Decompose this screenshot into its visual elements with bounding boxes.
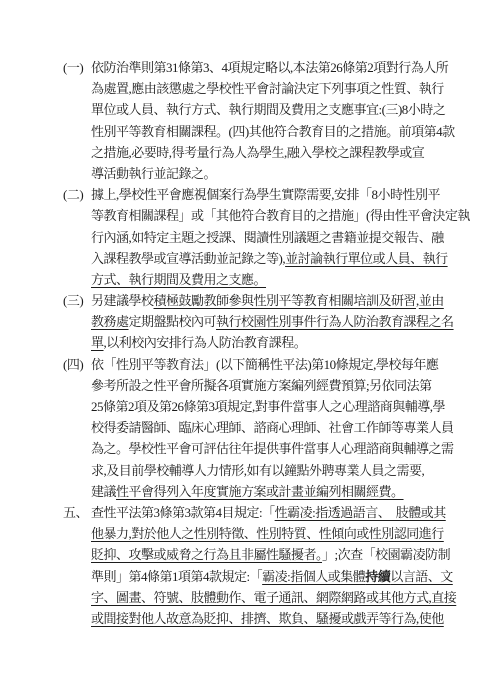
text-segment: 」;次查「校園霸凌防制 xyxy=(322,547,450,562)
text-segment: 並由 xyxy=(419,293,444,308)
text-segment: 教務處 xyxy=(91,314,129,329)
text-segment: 性平會得列入年度實施方案或計畫並編列相關經費。 xyxy=(116,484,404,499)
text-segment: 為處置,應由該懲處之學校性平會討論決定下列事項之性質、執行 xyxy=(91,81,444,96)
paragraph-line: 方式、執行期間及費用之支應。 xyxy=(91,269,453,290)
paragraph-marker: (三) xyxy=(63,290,83,311)
paragraph-line: 準則」第4條第1項第4款規定:「霸凌:指個人或集體持續以言語、文 xyxy=(91,566,453,587)
paragraph-line: 等教育相關課程」或「其他符合教育目的之措施」(得由性平會決定執 xyxy=(91,205,453,226)
paragraph: (四)依「性別平等教育法」(以下簡稱性平法)第10條規定,學校每年應參考所設之性… xyxy=(63,354,453,502)
paragraph-line: 單位或人員、執行方式、執行期間及費用之支應事宜:(三)8小時之 xyxy=(91,99,453,120)
paragraph-line: 求,及目前學校輔導人力情形,如有以鐘點外聘專業人員之需要, xyxy=(91,460,453,481)
paragraph-line: 為處置,應由該懲處之學校性平會討論決定下列事項之性質、執行 xyxy=(91,78,453,99)
paragraph-line: 25條第2項及第26條第3項規定,對事件當事人之心理諮商與輔導,學 xyxy=(91,396,453,417)
text-segment: 執行校園性別事件行為人防治教育課程之名 xyxy=(216,314,454,329)
paragraph-line: 另建議學校積極鼓勵教師參與性別平等教育相關培訓及研習,並由 xyxy=(91,290,453,311)
paragraph-line: 字、圖畫、符號、肢體動作、電子通訊、網際網路或其他方式,直接 xyxy=(91,587,453,608)
text-segment: 等教育相關課程」或「其他符合教育目的之措施」(得由性平會決定執 xyxy=(91,208,470,223)
paragraph-line: 性別平等教育相關課程。(四)其他符合教育目的之措施。前項第4款 xyxy=(91,121,453,142)
paragraph: 五、查性平法第3條第3款第4目規定:「性霸凌:指透過語言、 肢體或其他暴力,對於… xyxy=(63,502,453,629)
text-segment: 依「性別平等教育法」(以下簡稱性平法)第10條規定,學校每年應 xyxy=(91,357,438,372)
paragraph-line: 貶抑、攻擊或威脅之行為且非屬性騷擾者。」;次查「校園霸凌防制 xyxy=(91,544,453,565)
paragraph-line: 校得委請醫師、臨床心理師、諮商心理師、社會工作師等專業人員 xyxy=(91,417,453,438)
text-segment: 字、圖畫、符號、肢體動作、電子通訊、網際網路或其他方式,直接 xyxy=(91,590,456,605)
text-segment: 性霸凌:指透過語言、 肢體或其 xyxy=(275,505,446,520)
text-segment: 入課程教學或宣導活動並記錄之等), xyxy=(91,251,285,266)
paragraph-line: 為之。學校性平會可評估往年提供事件當事人心理諮商與輔導之需 xyxy=(91,438,453,459)
text-segment: 建議 xyxy=(91,484,116,499)
paragraph-marker: 五、 xyxy=(63,502,88,523)
text-segment: 校得委請醫師、臨床心理師、諮商心理師、社會工作師等專業人員 xyxy=(91,420,454,435)
text-segment: 他暴力,對於他人之性別特徵、性別特質、性傾向或性別認同進行 xyxy=(91,526,444,541)
text-segment: 行內涵,如特定主題之授課、閱讀性別議題之書籍並提交報告、融 xyxy=(91,230,444,245)
text-segment: 依防治準則第31條第3、4項規定略以,本法第26條第2項對行為人所 xyxy=(91,60,448,75)
text-segment: 霸凌:指個人或集體 xyxy=(262,569,365,584)
paragraph-line: 入課程教學或宣導活動並記錄之等),並討論執行單位或人員、執行 xyxy=(91,248,453,269)
paragraph-line: 之措施,必要時,得考量行為人為學生,融入學校之課程教學或宣 xyxy=(91,142,453,163)
text-segment: 準則」第4條第1項第4款規定:「 xyxy=(91,569,262,584)
text-segment: ,以利校內安排行為人防治教育課程。 xyxy=(104,335,307,350)
paragraph-line: 行內涵,如特定主題之授課、閱讀性別議題之書籍並提交報告、融 xyxy=(91,227,453,248)
paragraph-line: 依「性別平等教育法」(以下簡稱性平法)第10條規定,學校每年應 xyxy=(91,354,453,375)
text-segment: 求,及目前學校輔導人力情形,如有以鐘點外聘專業人員之需要, xyxy=(91,463,424,478)
text-segment: 另建議學校 xyxy=(91,293,154,308)
text-segment: 方式、執行期間及費用之支應。 xyxy=(91,272,266,287)
paragraph-marker: (二) xyxy=(63,184,83,205)
paragraph-line: 或間接對他人故意為貶抑、排擠、欺負、騷擾或戲弄等行為,使他 xyxy=(91,608,453,629)
text-segment: 25條第2項及第26條第3項規定,對事件當事人之心理諮商與輔導,學 xyxy=(91,399,445,414)
text-segment: 積極鼓勵教師參與性別平等教育相關培訓及研習 xyxy=(154,293,417,308)
text-segment: 為之。學校性平會可評估往年提供事件當事人心理諮商與輔導之需 xyxy=(91,441,454,456)
text-segment: 定期盤點校內可 xyxy=(129,314,217,329)
paragraph-line: 依防治準則第31條第3、4項規定略以,本法第26條第2項對行為人所 xyxy=(91,57,453,78)
text-segment: 參考所設之性平會所擬各項實施方案編列經費預算;另依同法第 xyxy=(91,378,432,393)
paragraph-line: 單,以利校內安排行為人防治教育課程。 xyxy=(91,332,453,353)
paragraph-line: 建議性平會得列入年度實施方案或計畫並編列相關經費。 xyxy=(91,481,453,502)
paragraph-line: 參考所設之性平會所擬各項實施方案編列經費預算;另依同法第 xyxy=(91,375,453,396)
page: (一)依防治準則第31條第3、4項規定略以,本法第26條第2項對行為人所為處置,… xyxy=(0,0,495,700)
paragraph-line: 教務處定期盤點校內可執行校園性別事件行為人防治教育課程之名 xyxy=(91,311,453,332)
text-segment: 單位或人員、執行方式、執行期間及費用之支應事宜:(三)8小時之 xyxy=(91,102,445,117)
paragraph: (二)據上,學校性平會應視個案行為學生實際需要,安排「8小時性別平等教育相關課程… xyxy=(63,184,453,290)
text-segment: 單 xyxy=(91,335,104,350)
text-segment: 並討論執行單位或人員、執行 xyxy=(285,251,448,266)
paragraph-marker: (四) xyxy=(63,354,83,375)
paragraph: (三)另建議學校積極鼓勵教師參與性別平等教育相關培訓及研習,並由教務處定期盤點校… xyxy=(63,290,453,354)
paragraph-line: 導活動執行並記錄之。 xyxy=(91,163,453,184)
paragraph-line: 他暴力,對於他人之性別特徵、性別特質、性傾向或性別認同進行 xyxy=(91,523,453,544)
text-segment: 導活動執行並記錄之。 xyxy=(91,166,216,181)
paragraph-line: 查性平法第3條第3款第4目規定:「性霸凌:指透過語言、 肢體或其 xyxy=(91,502,453,523)
document-body: (一)依防治準則第31條第3、4項規定略以,本法第26條第2項對行為人所為處置,… xyxy=(63,57,453,629)
text-segment: 查性平法第3條第3款第4目規定:「 xyxy=(91,505,275,520)
text-segment: 以言語、文 xyxy=(390,569,453,584)
text-segment: 之措施,必要時,得考量行為人為學生,融入學校之課程教學或宣 xyxy=(91,145,424,160)
text-segment: 據上,學校性平會應視個案行為學生實際需要,安排「8小時性別平 xyxy=(91,187,440,202)
paragraph: (一)依防治準則第31條第3、4項規定略以,本法第26條第2項對行為人所為處置,… xyxy=(63,57,453,184)
text-segment: 持續 xyxy=(365,569,390,584)
text-segment: 貶抑、攻擊或威脅之行為且非屬性騷擾者。 xyxy=(91,547,322,562)
text-segment: 或間接對他人故意為貶抑、排擠、欺負、騷擾或戲弄等行為,使他 xyxy=(91,611,444,626)
paragraph-line: 據上,學校性平會應視個案行為學生實際需要,安排「8小時性別平 xyxy=(91,184,453,205)
paragraph-marker: (一) xyxy=(63,57,83,78)
text-segment: 性別平等教育相關課程。(四)其他符合教育目的之措施。前項第4款 xyxy=(91,124,455,139)
